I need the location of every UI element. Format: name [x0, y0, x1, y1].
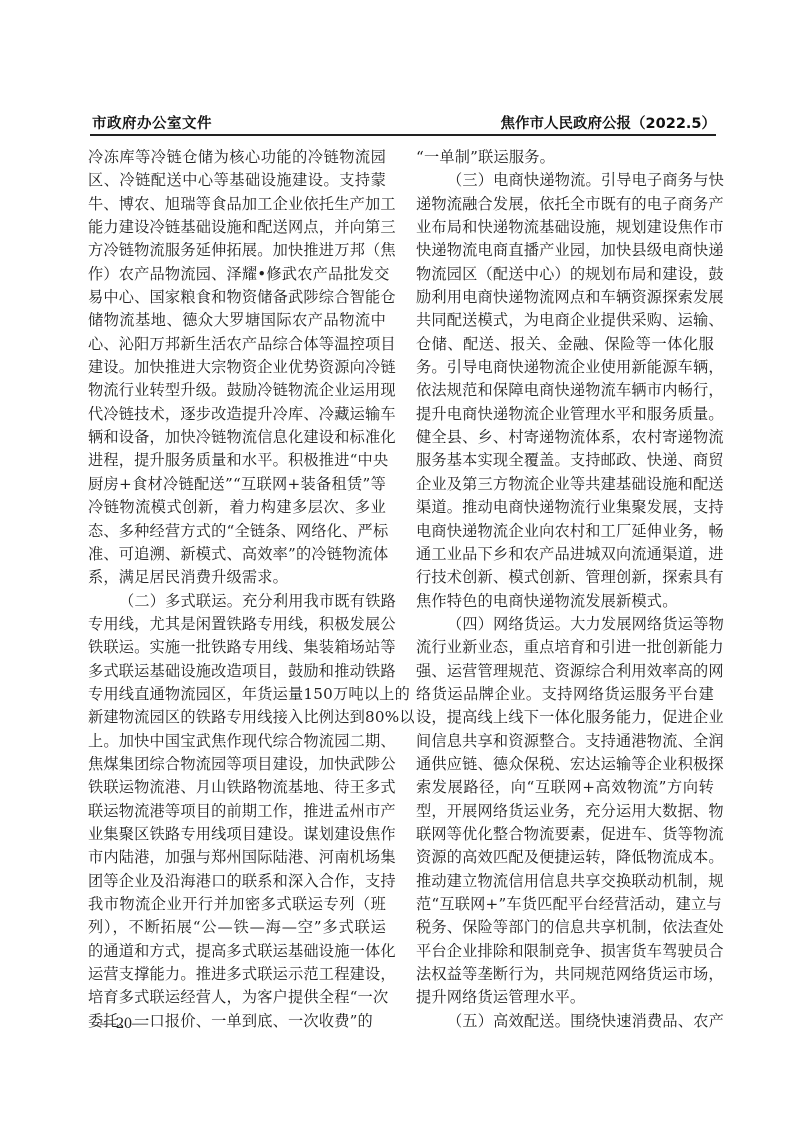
text-line: 快递物流电商直播产业园，加快县级电商快递 [416, 239, 714, 262]
text-line: “一单制”联运服务。 [416, 146, 714, 169]
text-line: 仓储、配送、报关、金融、保险等一体化服 [416, 333, 714, 356]
section-heading-line: （三）电商快递物流。引导电子商务与快 [416, 169, 714, 192]
text-line: 强、运营管理规范、资源综合利用效率高的网 [416, 660, 714, 683]
text-line: 设，提高线上线下一体化服务能力，促进企业 [416, 706, 714, 729]
text-line: 税务、保险等部门的信息共享机制，依法查处 [416, 916, 714, 939]
text-line: 专用线直通物流园区，年货运量150万吨以上的 [88, 683, 386, 706]
text-line: 方冷链物流服务延伸拓展。加快推进万邦（焦 [88, 239, 386, 262]
text-line: 铁联运物流港、月山铁路物流基地、待王多式 [88, 776, 386, 799]
text-line: 务。引导电商快递物流企业使用新能源车辆， [416, 356, 714, 379]
text-line: 心、沁阳万邦新生活农产品综合体等温控项目 [88, 333, 386, 356]
text-line: 作）农产品物流园、泽耀•修武农产品批发交 [88, 263, 386, 286]
text-line: 的通道和方式，提高多式联运基础设施一体化 [88, 940, 386, 963]
text-line: 励利用电商快递物流网点和车辆资源探索发展 [416, 286, 714, 309]
text-line: 焦煤集团综合物流园等项目建设，加快武陟公 [88, 753, 386, 776]
text-line: 运营支撑能力。推进多式联运示范工程建设， [88, 963, 386, 986]
left-column: 冷冻库等冷链仓储为核心功能的冷链物流园区、冷链配送中心等基础设施建设。支持蒙牛、… [88, 146, 386, 1033]
text-line: 间信息共享和资源整合。支持通港物流、全润 [416, 730, 714, 753]
text-line: 资源的高效匹配及便捷运转，降低物流成本。 [416, 846, 714, 869]
section-heading-line: （五）高效配送。围绕快速消费品、农产 [416, 1010, 714, 1033]
text-line: 物流园区（配送中心）的规划布局和建设，鼓 [416, 263, 714, 286]
text-line: 准、可追溯、新模式、高效率”的冷链物流体 [88, 543, 386, 566]
text-line: 服务基本实现全覆盖。支持邮政、快递、商贸 [416, 449, 714, 472]
text-line: 列），不断拓展“公—铁—海—空”多式联运 [88, 916, 386, 939]
text-line: 多式联运基础设施改造项目，鼓励和推动铁路 [88, 660, 386, 683]
text-line: 储物流基地、德众大罗塘国际农产品物流中 [88, 309, 386, 332]
text-line: 型，开展网络货运业务，充分运用大数据、物 [416, 800, 714, 823]
header-section-title: 市政府办公室文件 [92, 112, 212, 133]
text-line: 易中心、国家粮食和物资储备武陟综合智能仓 [88, 286, 386, 309]
text-line: 冷链物流模式创新，着力构建多层次、多业 [88, 496, 386, 519]
text-line: 递物流融合发展，依托全市既有的电子商务产 [416, 193, 714, 216]
text-line: 辆和设备，加快冷链物流信息化建设和标准化 [88, 426, 386, 449]
text-line: 冷冻库等冷链仓储为核心功能的冷链物流园 [88, 146, 386, 169]
text-line: 依法规范和保障电商快递物流车辆市内畅行， [416, 379, 714, 402]
running-header: 市政府办公室文件 焦作市人民政府公报（2022.5） [90, 110, 716, 136]
text-line: 通供应链、德众保税、宏达运输等企业积极探 [416, 753, 714, 776]
text-line: 健全县、乡、村寄递物流体系，农村寄递物流 [416, 426, 714, 449]
text-line: 区、冷链配送中心等基础设施建设。支持蒙 [88, 169, 386, 192]
text-line: 联网等优化整合物流要素，促进车、货等物流 [416, 823, 714, 846]
text-line: 能力建设冷链基础设施和配送网点，并向第三 [88, 216, 386, 239]
text-line: 物流行业转型升级。鼓励冷链物流企业运用现 [88, 379, 386, 402]
text-line: 牛、博农、旭瑞等食品加工企业依托生产加工 [88, 193, 386, 216]
text-line: 进程，提升服务质量和水平。积极推进“中央 [88, 449, 386, 472]
text-line: 共同配送模式，为电商企业提供采购、运输、 [416, 309, 714, 332]
text-line: 新建物流园区的铁路专用线接入比例达到80%以 [88, 706, 386, 729]
text-line: 提升电商快递物流企业管理水平和服务质量。 [416, 403, 714, 426]
text-line: 索发展路径，向“互联网+高效物流”方向转 [416, 776, 714, 799]
text-line: 通工业品下乡和农产品进城双向流通渠道，进 [416, 543, 714, 566]
text-line: 平台企业排除和限制竞争、损害货车驾驶员合 [416, 940, 714, 963]
text-line: 提升网络货运管理水平。 [416, 986, 714, 1009]
header-publication-title: 焦作市人民政府公报（2022.5） [501, 112, 716, 133]
text-line: 上。加快中国宝武焦作现代综合物流园二期、 [88, 730, 386, 753]
text-line: 电商快递物流企业向农村和工厂延伸业务，畅 [416, 520, 714, 543]
text-line: 市内陆港，加强与郑州国际陆港、河南机场集 [88, 846, 386, 869]
text-line: 渠道。推动电商快递物流行业集聚发展，支持 [416, 496, 714, 519]
text-line: 建设。加快推进大宗物资企业优势资源向冷链 [88, 356, 386, 379]
page-number: —20— [100, 1015, 148, 1033]
section-heading-line: （四）网络货运。大力发展网络货运等物 [416, 613, 714, 636]
text-line: 业集聚区铁路专用线项目建设。谋划建设焦作 [88, 823, 386, 846]
section-heading-line: （二）多式联运。充分利用我市既有铁路 [88, 590, 386, 613]
text-line: 焦作特色的电商快递物流发展新模式。 [416, 590, 714, 613]
text-line: 铁联运。实施一批铁路专用线、集装箱场站等 [88, 636, 386, 659]
text-line: 我市物流企业开行并加密多式联运专列（班 [88, 893, 386, 916]
text-line: 厨房+食材冷链配送”“互联网+装备租赁”等 [88, 473, 386, 496]
text-line: 业布局和快递物流基础设施，规划建设焦作市 [416, 216, 714, 239]
text-line: 联运物流港等项目的前期工作，推进孟州市产 [88, 800, 386, 823]
right-column: “一单制”联运服务。（三）电商快递物流。引导电子商务与快递物流融合发展，依托全市… [416, 146, 714, 1033]
text-line: 络货运品牌企业。支持网络货运服务平台建 [416, 683, 714, 706]
text-line: 培育多式联运经营人，为客户提供全程“一次 [88, 986, 386, 1009]
text-line: 企业及第三方物流企业等共建基础设施和配送 [416, 473, 714, 496]
text-line: 行技术创新、模式创新、管理创新，探索具有 [416, 566, 714, 589]
text-line: 推动建立物流信用信息共享交换联动机制，规 [416, 870, 714, 893]
text-line: 代冷链技术，逐步改造提升冷库、冷藏运输车 [88, 403, 386, 426]
text-line: 专用线，尤其是闲置铁路专用线，积极发展公 [88, 613, 386, 636]
text-line: 范“互联网+”车货匹配平台经营活动，建立与 [416, 893, 714, 916]
text-line: 态、多种经营方式的“全链条、网络化、严标 [88, 520, 386, 543]
text-line: 流行业新业态，重点培育和引进一批创新能力 [416, 636, 714, 659]
text-line: 团等企业及沿海港口的联系和深入合作，支持 [88, 870, 386, 893]
text-line: 系，满足居民消费升级需求。 [88, 566, 386, 589]
text-line: 法权益等垄断行为，共同规范网络货运市场， [416, 963, 714, 986]
